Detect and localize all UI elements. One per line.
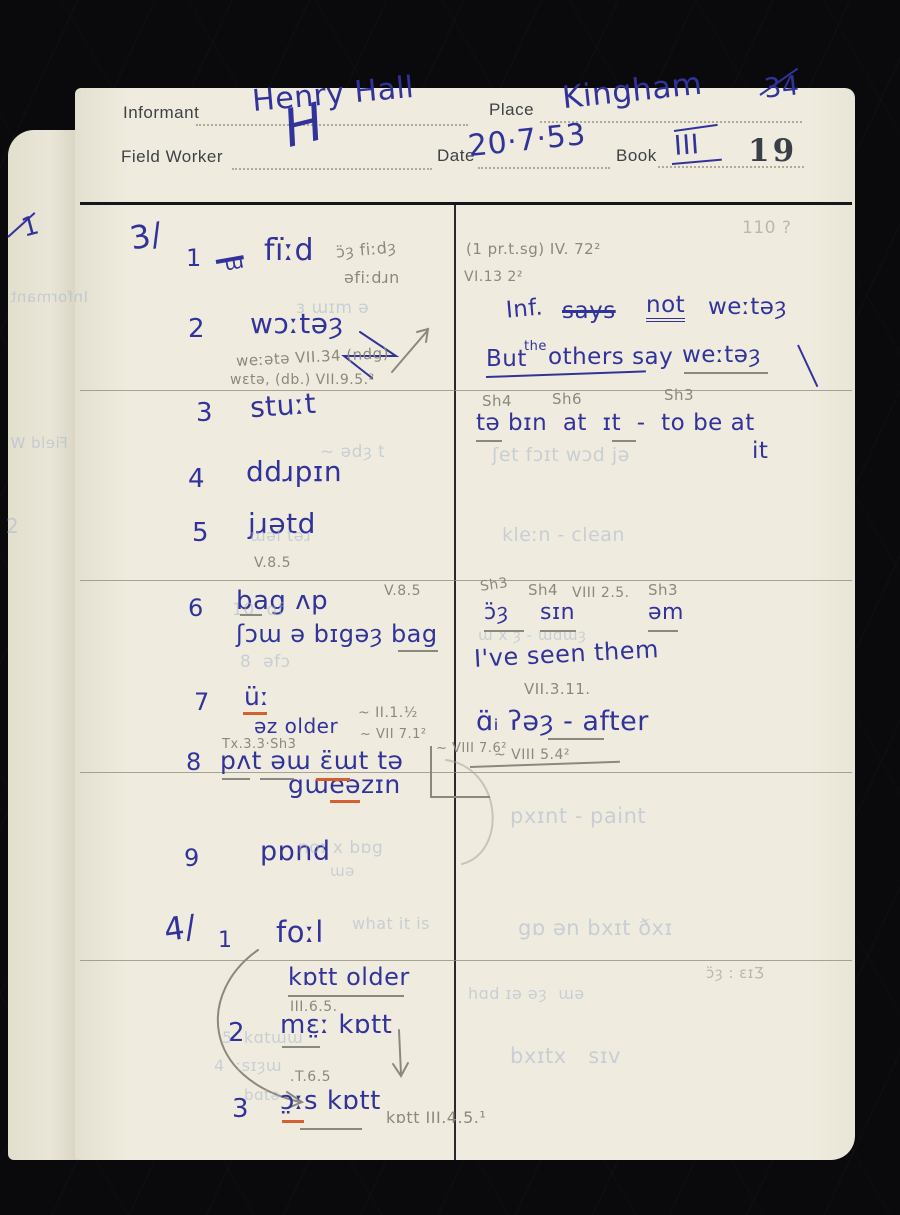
- column-divider: [454, 205, 456, 1160]
- handwriting-item: 4: [188, 466, 205, 492]
- handwriting-item: kɒtt III.4.5.¹: [386, 1110, 486, 1126]
- ink-stroke: [222, 778, 250, 780]
- ink-stroke: [243, 712, 267, 715]
- handwriting-item: 8 ǝfɔ: [240, 654, 290, 671]
- handwriting-item: stuːt: [249, 390, 317, 423]
- place-label: Place: [489, 100, 534, 120]
- handwriting-item: ɑ̈ᵢ ʔǝȝ - after: [476, 708, 649, 735]
- ink-stroke: [648, 630, 678, 632]
- handwriting-item: Sh3: [664, 388, 694, 403]
- handwriting-item: tǝ bɪn at ɪt - to be at: [476, 412, 755, 435]
- handwriting-item: Informant: [10, 290, 88, 305]
- handwriting-item: ɔ̈ȝ: [484, 602, 509, 624]
- previous-page-edge: [8, 130, 78, 1160]
- handwriting-item: V.8.5: [254, 556, 291, 570]
- handwriting-item: kɒtt older: [288, 965, 410, 989]
- handwriting-item: ~ ǝdȝ t: [320, 444, 385, 461]
- handwriting-item: But: [486, 348, 527, 371]
- handwriting-item: VII.3.11.: [524, 682, 591, 697]
- handwriting-item: 4/: [162, 910, 198, 946]
- handwriting-item: Inf.: [505, 296, 544, 322]
- handwriting-item: ɜ ɯɪm ǝ: [296, 300, 369, 317]
- handwriting-item: Sh4: [482, 394, 512, 409]
- handwriting-item: 7: [194, 690, 210, 714]
- handwriting-item: sɪn: [540, 602, 575, 624]
- handwriting-item: ʃɔɯ ǝ bɪgǝȝ bag: [236, 622, 438, 646]
- book-value: III: [673, 131, 700, 160]
- handwriting-item: it: [752, 440, 768, 463]
- ink-stroke: [300, 1128, 362, 1130]
- handwriting-item: 5: [192, 520, 209, 546]
- handwriting-item: what it is: [352, 916, 430, 932]
- handwriting-item: bxɪtx sɪv: [510, 1046, 621, 1067]
- handwriting-item: ddɹpɪn: [246, 458, 342, 486]
- informant-label: Informant: [123, 103, 199, 123]
- ink-stroke: [282, 1046, 320, 1048]
- ink-stroke: [548, 738, 604, 740]
- ink-stroke: [684, 372, 768, 374]
- handwriting-item: ~ VII 7.1²: [360, 728, 427, 741]
- handwriting-item: Field W: [10, 436, 68, 451]
- ink-stroke: [484, 630, 524, 632]
- handwriting-item: 3: [196, 400, 213, 426]
- handwriting-item: 4 ːsɪȝɯ: [214, 1058, 282, 1074]
- ink-stroke: [260, 778, 294, 780]
- handwriting-item: 5 kɑtɯɯ: [222, 1030, 303, 1046]
- date-rule: [478, 167, 610, 169]
- handwriting-item: not: [646, 294, 685, 322]
- row-line: [80, 390, 852, 391]
- handwriting-item: ɔ̤ːs kɒtt: [280, 1088, 381, 1114]
- handwriting-item: fïːd: [264, 236, 314, 266]
- ink-stroke: [282, 1120, 304, 1123]
- handwriting-item: VI.13 2²: [464, 270, 523, 284]
- handwriting-item: 10 ɑf: [232, 602, 284, 619]
- handwriting-item: ~ II.1.½: [358, 706, 418, 720]
- scanned-notebook-page: Informant Place Field Worker Date Book H…: [0, 0, 900, 1215]
- ink-stroke: [240, 614, 262, 616]
- handwriting-item: Sh6: [552, 392, 582, 407]
- handwriting-item: weːtǝȝ: [708, 296, 787, 319]
- handwriting-item: Sh4: [528, 583, 558, 598]
- ink-stroke: [430, 796, 490, 798]
- handwriting-item: .T.6.5: [290, 1070, 331, 1084]
- handwriting-item: wɛtǝ, (db.) VII.9.5.²: [230, 373, 375, 387]
- ink-stroke: [288, 995, 404, 997]
- handwriting-item: 3/: [127, 217, 164, 254]
- handwriting-item: ǝfiːdɹn: [344, 270, 400, 286]
- ink-stroke: [540, 630, 576, 632]
- row-line: [80, 960, 852, 961]
- informant-rule: [196, 124, 468, 126]
- handwriting-item: 9: [184, 846, 200, 870]
- book-label: Book: [616, 146, 657, 166]
- handwriting-item: Sh3: [648, 583, 678, 598]
- handwriting-item: ǝz older: [254, 716, 338, 736]
- handwriting-item: V.8.5: [384, 584, 421, 598]
- ink-stroke: [398, 650, 438, 652]
- ink-stroke: [316, 778, 350, 781]
- handwriting-item: hɑd ɪǝ ǝȝ ɯǝ: [468, 986, 585, 1002]
- page-number-stamp: 19: [748, 136, 797, 167]
- handwriting-item: gɒ ǝn bxɪt ðxɪ: [518, 918, 673, 939]
- header-rule: [80, 202, 852, 205]
- handwriting-item: 2: [6, 516, 19, 536]
- handwriting-item: bɑtǝ: [244, 1088, 280, 1103]
- handwriting-item: 1: [218, 930, 233, 952]
- ink-stroke: [612, 440, 636, 442]
- handwriting-item: noɪ x bɒg: [298, 840, 383, 857]
- handwriting-item: the: [524, 340, 547, 353]
- handwriting-item: others say: [548, 346, 673, 369]
- ink-stroke: [430, 746, 432, 798]
- handwriting-item: 2: [188, 316, 205, 342]
- handwriting-item: says: [562, 300, 616, 323]
- handwriting-item: 8: [186, 750, 202, 774]
- handwriting-item: ɯǝl tǝɹ: [250, 528, 311, 544]
- ink-stroke: [330, 800, 360, 803]
- handwriting-item: foːl: [276, 918, 324, 947]
- fieldworker-label: Field Worker: [121, 147, 223, 167]
- handwriting-item: ʃet fɔɪt wɔd jǝ: [492, 446, 630, 465]
- handwriting-item: ǝm: [648, 602, 684, 624]
- handwriting-item: kleːn - clean: [502, 526, 625, 545]
- fieldworker-rule: [232, 168, 432, 170]
- handwriting-item: gɯeǝzɪn: [288, 772, 401, 797]
- handwriting-item: weːtǝȝ: [682, 344, 761, 367]
- handwriting-item: ɯǝ: [330, 864, 355, 879]
- ink-stroke: [476, 440, 502, 442]
- handwriting-item: VIII 2.5.: [572, 586, 630, 600]
- handwriting-item: pxɪnt - paint: [510, 806, 646, 827]
- handwriting-item: 1: [186, 246, 202, 270]
- handwriting-item: üː: [244, 684, 269, 709]
- handwriting-item: ~ VIII 5.4²: [494, 748, 570, 762]
- handwriting-item: ɔ̈ȝ : ɛɪƷ: [706, 966, 764, 981]
- handwriting-item: (1 pr.t.sg) IV. 72²: [466, 242, 601, 257]
- row-line: [80, 580, 852, 581]
- handwriting-item: Sh3: [479, 576, 509, 594]
- handwriting-item: 110 ?: [742, 220, 791, 237]
- handwriting-item: 6: [188, 596, 204, 620]
